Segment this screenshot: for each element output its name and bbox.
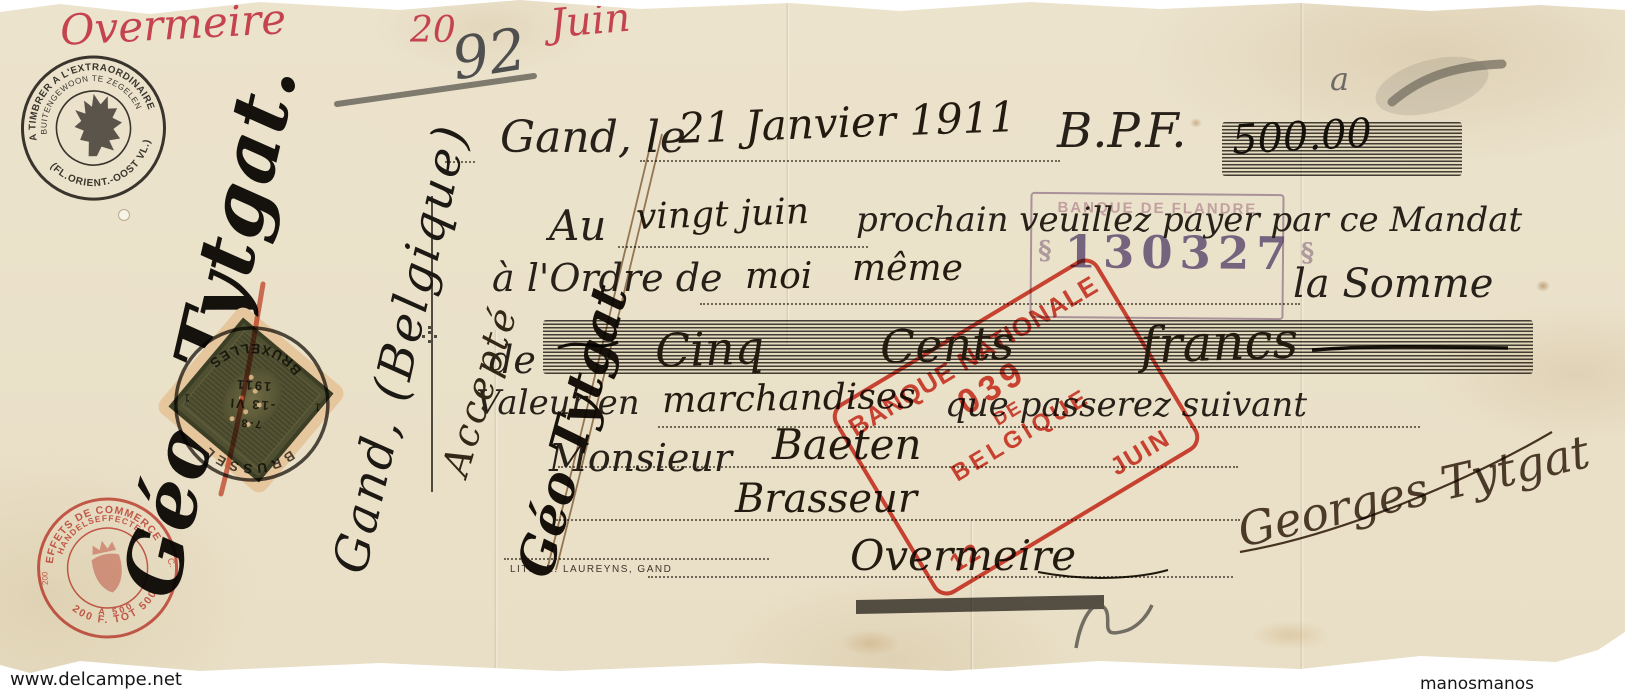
graphite-smear-bar bbox=[856, 595, 1104, 614]
signature-flourish bbox=[1240, 432, 1552, 552]
amount-trail-dash bbox=[1312, 347, 1508, 350]
watermark-right: manosmanos bbox=[1420, 674, 1534, 694]
acceptance-stroke bbox=[556, 134, 662, 570]
pencil-strike bbox=[337, 76, 534, 104]
amount-lead-squiggle bbox=[558, 342, 618, 348]
acceptance-stroke bbox=[548, 130, 654, 566]
handwritten-amount-cinq: Cinq bbox=[654, 320, 765, 378]
red-crayon-line bbox=[221, 284, 263, 494]
handwritten-amount-figures: 500.00 bbox=[1231, 110, 1373, 163]
watermark-left: www.delcampe.net bbox=[10, 669, 182, 690]
pencil-squiggle bbox=[1076, 605, 1152, 648]
paper-sheet: BANQUE DE FLANDRE §130327§ Overmeire 20 … bbox=[0, 0, 1625, 680]
place-underline-flourish bbox=[1038, 570, 1168, 578]
scanned-bill-of-exchange: BANQUE DE FLANDRE §130327§ Overmeire 20 … bbox=[0, 0, 1625, 696]
ink-strokes-overlay bbox=[0, 0, 1625, 680]
smudge-cloud bbox=[1369, 46, 1495, 126]
handwritten-amount-cents: Cents bbox=[879, 316, 1015, 375]
handwritten-amount-francs: francs bbox=[1139, 311, 1299, 374]
